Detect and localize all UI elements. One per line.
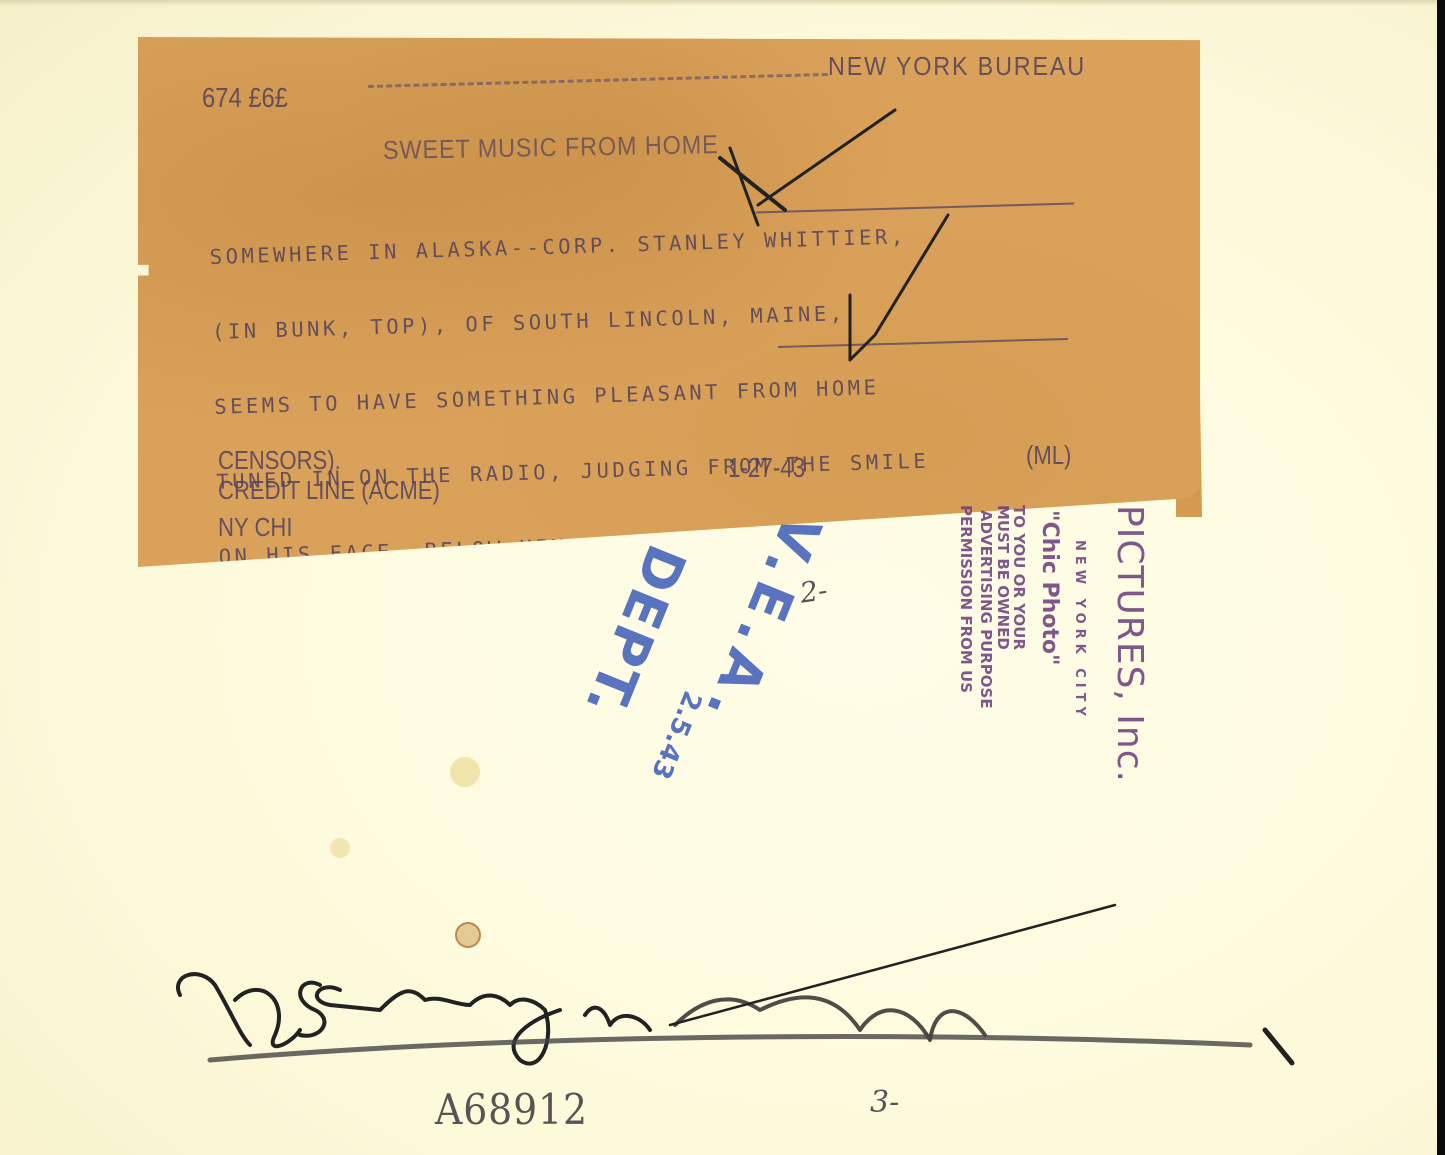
blue-stamp-date: 2.5.43 — [645, 687, 707, 784]
handwriting-stroke — [300, 983, 324, 1036]
handwriting-stroke — [585, 1008, 650, 1030]
caption-initials: (ML) — [1026, 440, 1071, 471]
caption-line: SEEMS TO HAVE SOMETHING PLEASANT FROM HO… — [214, 374, 927, 420]
caption-id: 674 £6£ — [202, 82, 288, 114]
bureau-name: NEW YORK BUREAU — [828, 51, 1086, 82]
caption-body: SOMEWHERE IN ALASKA--CORP. STANLEY WHITT… — [208, 174, 940, 845]
photo-card-back: 674 £6£ NEW YORK BUREAU SWEET MUSIC FROM… — [0, 0, 1437, 1155]
caption-line: SOMEWHERE IN ALASKA--CORP. STANLEY WHITT… — [209, 224, 922, 270]
dash-line — [368, 73, 828, 88]
caption-headline: SWEET MUSIC FROM HOME — [383, 129, 719, 166]
reference-number: A68912 — [435, 1085, 588, 1134]
handwriting-stroke — [670, 905, 1115, 1025]
handwriting-stroke — [317, 987, 560, 1063]
purple-stamp-line: TO YOU OR YOUR — [1010, 505, 1028, 650]
card-top-edge — [0, 0, 1437, 6]
pencil-number-mark: 2- — [798, 573, 830, 609]
caption-date: 1-27-43 — [728, 452, 805, 484]
purple-stamp-line: NEW YORK CITY — [1072, 540, 1087, 721]
caption-label: 674 £6£ NEW YORK BUREAU SWEET MUSIC FROM… — [138, 37, 1200, 567]
censors-line: CENSORS). — [218, 445, 341, 476]
purple-stamp-line: MUST BE OWNED — [994, 505, 1012, 650]
purple-stamp-line: "Chic Photo" — [1037, 510, 1062, 666]
blue-stamp-initials: V.E.A. — [691, 506, 833, 737]
handwriting-stroke — [178, 974, 300, 1046]
purple-stamp-line: ADVERTISING PURPOSE — [977, 510, 995, 709]
caption-line: AT A U.S. ARMY OUTPOST IN ALASKA. (PASSE… — [225, 749, 938, 795]
purple-stamp-line: PERMISSION FROM US — [957, 505, 975, 693]
handwriting-stroke — [1265, 1030, 1292, 1063]
scan-border — [1437, 0, 1445, 1155]
stain-spot — [455, 922, 481, 948]
handwriting-stroke — [675, 997, 985, 1040]
pencil-number-mark: 3- — [870, 1085, 899, 1120]
purple-stamp-line: PICTURES, Inc. — [1109, 505, 1150, 783]
stain-spot — [450, 757, 480, 787]
credit-line: CREDIT LINE (ACME) — [218, 475, 440, 506]
caption-line: (IN BUNK, TOP), OF SOUTH LINCOLN, MAINE, — [212, 299, 925, 345]
pencil-underline — [210, 1037, 1250, 1060]
stain-spot — [330, 838, 350, 858]
distribution-line: NY CHI — [218, 512, 293, 543]
